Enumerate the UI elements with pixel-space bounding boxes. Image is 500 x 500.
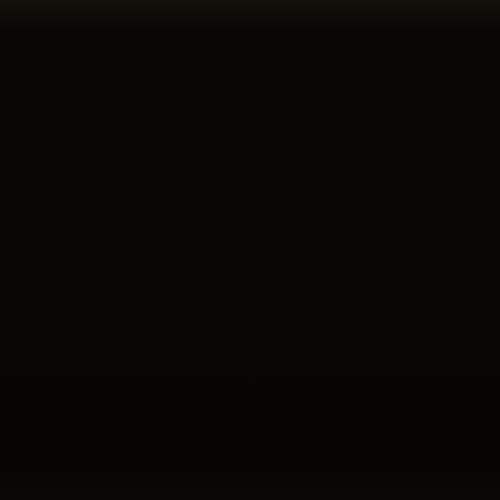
photo-vignette xyxy=(0,0,500,500)
manuscript-photo: (σ.11) ω σαρκος ο κυττόο απο το μερτικόο… xyxy=(0,0,500,500)
